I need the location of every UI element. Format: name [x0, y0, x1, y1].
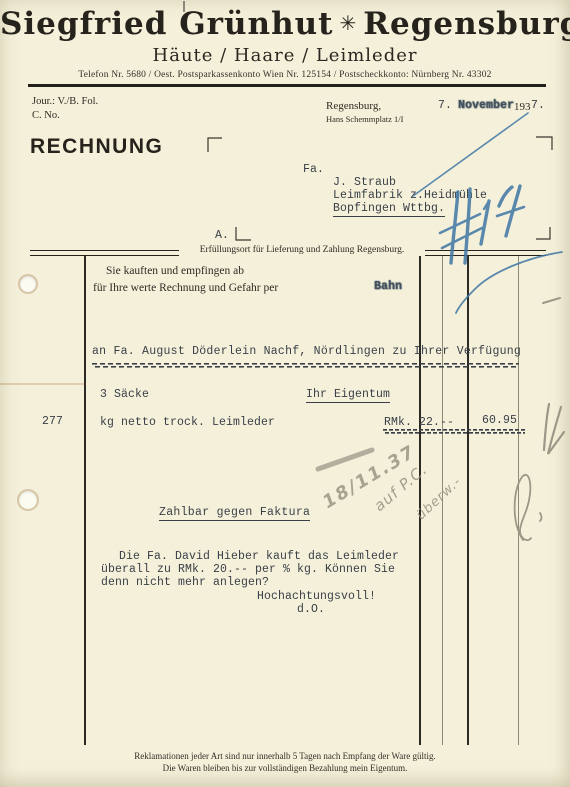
double-rule-right [425, 250, 546, 256]
signature-initials: d.O. [297, 603, 325, 616]
fulfillment-clause: Erfüllungsort für Lieferung und Zahlung … [181, 245, 423, 255]
table-price-rule-1 [419, 256, 421, 745]
recipient-name: J. Straub [333, 176, 396, 189]
invoice-weight-value: 277 [42, 415, 63, 428]
letterhead-products: Häute / Haare / Leimleder [0, 45, 570, 66]
fold-crease [0, 383, 85, 385]
letterhead-rule [28, 84, 546, 87]
invoice-item-description: kg netto trock. Leimleder [100, 416, 275, 429]
intro-line-1: Sie kauften und empfingen ab [106, 265, 244, 277]
pencil-dash-right [543, 298, 560, 303]
invoice-row-quantity: 3 Säcke [100, 388, 149, 401]
letterhead-title: Siegfried Grünhut✳Regensburg [0, 6, 570, 42]
pencil-slash-mark [318, 450, 372, 469]
message-line-2: überall zu RMk. 20.-- per % kg. Können S… [101, 563, 395, 576]
invoice-unit-price: RMk. 22.-- [384, 416, 454, 429]
company-name: Siegfried Grünhut [0, 6, 333, 42]
blue-curve-stroke [456, 252, 562, 313]
total-double-separator [383, 429, 525, 435]
decorative-asterisk-icon: ✳ [333, 11, 363, 35]
customer-number-label: C. No. [32, 110, 60, 121]
message-line-1: Die Fa. David Hieber kauft das Leimleder [119, 550, 399, 563]
handwriting-overlay [0, 0, 570, 787]
table-amount-rule-2 [518, 256, 519, 745]
reference-letter: A. [215, 229, 229, 242]
double-rule-left [30, 250, 179, 256]
invoice-total-amount: 60.95 [482, 414, 517, 427]
typed-year-digit: 7. [531, 99, 545, 112]
closing-salutation: Hochachtungsvoll! [257, 590, 376, 603]
message-line-3: denn nicht mehr anlegen? [101, 576, 269, 589]
recipient-line2: Leimfabrik z.Heidmühle [333, 189, 487, 202]
recipient-prefix: Fa. [303, 163, 324, 176]
letterhead-contact: Telefon Nr. 5680 / Oest. Postsparkassenk… [0, 70, 570, 80]
typed-month: November [458, 99, 514, 112]
company-city: Regensburg [363, 6, 570, 42]
pencil-check-stroke-1 [544, 404, 549, 450]
typed-shipping-method: Bahn [374, 280, 402, 293]
pencil-comma-mark [540, 513, 542, 521]
intro-line-2: für Ihre werte Rechnung und Gefahr per [93, 282, 278, 294]
footer-terms-line-1: Reklamationen jeder Art sind nur innerha… [0, 751, 570, 761]
blue-diagonal-stroke [413, 113, 528, 196]
document-title: RECHNUNG [30, 135, 163, 159]
invoice-document: Siegfried Grünhut✳Regensburg Häute / Haa… [0, 0, 570, 787]
recipient-line3: Bopfingen Wttbg. [333, 202, 445, 215]
dashed-separator [92, 363, 519, 368]
invoice-row-ownership: Ihr Eigentum [306, 388, 390, 401]
invoice-row-consignee: an Fa. August Döderlein Nachf, Nördlinge… [92, 345, 521, 358]
table-amount-rule-1 [467, 256, 469, 745]
footer-terms-line-2: Die Waren bleiben bis zur vollständigen … [0, 763, 570, 773]
printed-year: 193 [514, 101, 531, 113]
punch-hole-bottom [19, 491, 37, 509]
journal-reference: Jour.: V./B. Fol. [32, 96, 98, 107]
punch-hole-top [20, 276, 36, 292]
place-line: Regensburg, [326, 100, 381, 112]
street-address: Hans Schemmplatz 1/I [326, 114, 403, 124]
table-left-rule [84, 256, 86, 745]
typed-day: 7. [438, 99, 452, 112]
pencil-check-stroke-2 [548, 407, 564, 454]
payment-terms: Zahlbar gegen Faktura [159, 506, 310, 519]
